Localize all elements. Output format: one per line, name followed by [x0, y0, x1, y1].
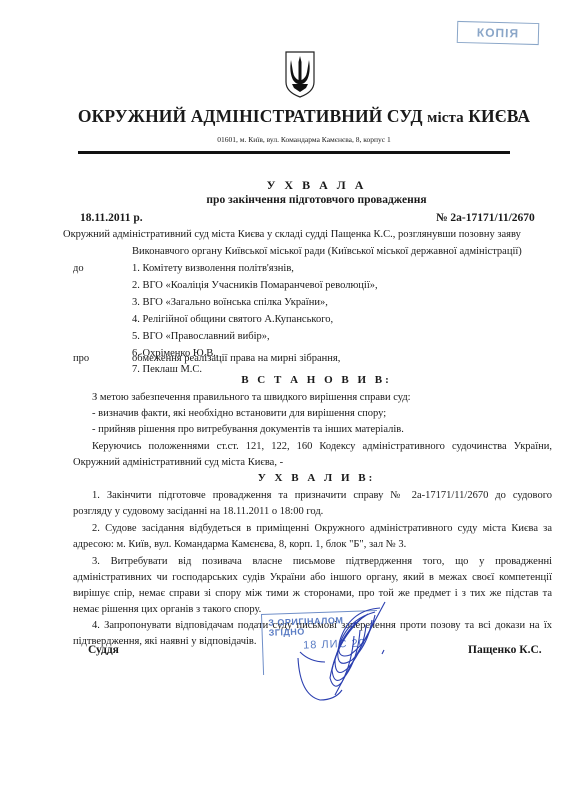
court-address: 01601, м. Київ, вул. Командарма Камєнєва… — [0, 135, 573, 144]
intro-line-2: Виконавчого органу Київської міської рад… — [132, 246, 522, 257]
defendant-item: 4. Релігійної общини святого А.Купансько… — [132, 314, 333, 325]
signature-icon — [280, 600, 390, 720]
resolution-line: немає рішення цих органів з такого спору… — [73, 604, 261, 615]
court-name-main: ОКРУЖНИЙ АДМІНІСТРАТИВНИЙ СУД — [78, 106, 427, 126]
document-title: У Х В А Л А — [0, 178, 573, 193]
defendant-item: 3. ВГО «Загально воїнська спілка України… — [132, 297, 328, 308]
document-subtitle: про закінчення підготовчого провадження — [0, 194, 573, 206]
resolution-line: 3. Витребувати від позивача власне письм… — [92, 556, 552, 567]
court-name-city-prefix: міста — [427, 110, 464, 126]
trident-emblem-icon — [284, 50, 316, 98]
resolution-line: 2. Судове засідання відбудеться в приміщ… — [92, 523, 552, 534]
established-line: - прийняв рішення про витребування докум… — [92, 424, 404, 435]
court-name: ОКРУЖНИЙ АДМІНІСТРАТИВНИЙ СУД міста КИЄВ… — [0, 106, 573, 127]
resolution-line: розгляду у судовому засіданні на 18.11.2… — [73, 506, 323, 517]
case-number: № 2а-17171/11/2670 — [436, 212, 535, 224]
resolution-line: адміністративних чи господарських судів … — [73, 572, 552, 583]
judge-label: Суддя — [88, 644, 119, 656]
defendant-item: 2. ВГО «Коаліція Учасників Помаранчевої … — [132, 280, 378, 291]
court-name-city: КИЄВА — [468, 106, 530, 126]
header-divider — [78, 151, 510, 154]
guided-line-1: Керуючись положеннями ст.ст. 121, 122, 1… — [92, 441, 552, 452]
judge-name: Пащенко К.С. — [468, 644, 542, 656]
guided-line-2: Окружний адміністративний суд міста Києв… — [73, 457, 283, 468]
about-label-text: про — [73, 353, 89, 364]
defendant-item: 1. Комітету визволення політв'язнів, — [132, 263, 294, 274]
established-heading: В С Т А Н О В И В: — [0, 374, 573, 386]
to-label: до — [73, 263, 84, 274]
resolution-line: адресою: м. Київ, вул. Командарма Камєнє… — [73, 539, 406, 550]
established-line: - визначив факти, які необхідно встанови… — [92, 408, 386, 419]
intro-line-1: Окружний адміністративний суд міста Києв… — [63, 229, 521, 240]
document-date: 18.11.2011 р. — [80, 212, 143, 224]
established-line: З метою забезпечення правильного та швид… — [92, 392, 411, 403]
resolution-line: 1. Закінчити підготовче провадження та п… — [92, 490, 552, 501]
resolved-heading: У Х В А Л И В: — [0, 472, 573, 484]
about-text: обмеження реалізації права на мирні зібр… — [132, 353, 340, 364]
defendant-item: 5. ВГО «Православний вибір», — [132, 331, 270, 342]
resolution-line: вирішує спір, немає справи зі спору між … — [73, 588, 552, 599]
copy-stamp: КОПІЯ — [457, 21, 540, 45]
